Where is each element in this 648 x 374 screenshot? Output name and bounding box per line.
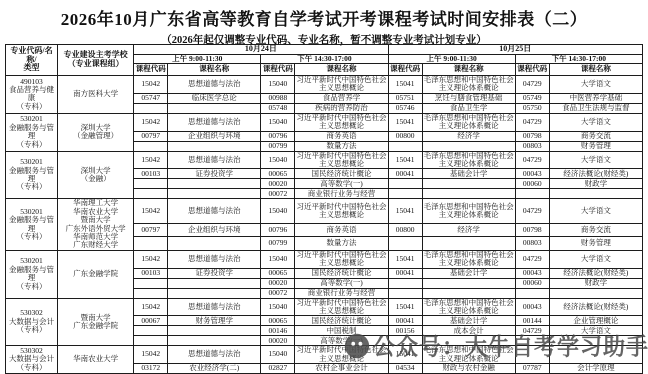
major-cell: 530201 金融服务与管理 （专科）: [6, 151, 58, 199]
course-name-cell: 思想道德与法治: [168, 298, 261, 316]
course-name-cell: [422, 189, 515, 199]
course-name-cell: [422, 179, 515, 189]
course-name-cell: [168, 179, 261, 189]
course-name-cell: 经济法概论(财经类): [549, 169, 642, 179]
course-code-cell: 00146: [261, 326, 295, 336]
course-name-cell: 思想道德与法治: [168, 76, 261, 94]
course-code-cell: 05746: [388, 103, 422, 113]
course-name-cell: 疾病的营养防治: [295, 103, 388, 113]
course-code-cell: 03172: [134, 364, 168, 374]
course-name-cell: 财政学: [549, 179, 642, 189]
course-name-cell: [168, 141, 261, 151]
course-name-cell: 经济学: [422, 131, 515, 141]
course-name-cell: 会计学原理: [549, 364, 642, 374]
course-name-cell: 国民经济统计概论: [295, 268, 388, 278]
course-name-cell: [168, 336, 261, 346]
course-code-cell: 15042: [134, 250, 168, 268]
course-code-cell: 00065: [261, 169, 295, 179]
course-code-cell: 00060: [515, 179, 549, 189]
course-code-cell: 15040: [261, 199, 295, 223]
course-code-cell: 00072: [261, 189, 295, 199]
course-code-cell: 00803: [515, 237, 549, 251]
course-code-cell: 15041: [388, 250, 422, 268]
schedule-body: 490103 食品营养与健康 （专科）南方医科大学15042思想道德与法治150…: [6, 76, 643, 374]
course-code-cell: 00800: [388, 223, 422, 237]
course-name-cell: 毛泽东思想和中国特色社会主义理论体系概论: [422, 199, 515, 223]
course-name-cell: 习近平新时代中国特色社会主义思想概论: [295, 113, 388, 131]
course-code-cell: [134, 336, 168, 346]
school-cell: 南方医科大学: [58, 76, 134, 114]
course-name-cell: 食品卫生法规与监督: [549, 103, 642, 113]
course-code-cell: 00072: [261, 288, 295, 298]
major-cell: 490103 食品营养与健康 （专科）: [6, 76, 58, 114]
course-code-cell: 00103: [134, 268, 168, 278]
session-header-oct24-am: 上午 9:00-11:30: [134, 54, 261, 63]
course-code-cell: [388, 141, 422, 151]
course-name-cell: 大学语文: [549, 151, 642, 169]
course-name-cell: 商务英语: [295, 223, 388, 237]
course-name-cell: 思想道德与法治: [168, 346, 261, 364]
course-name-cell: 食品卫生学: [422, 103, 515, 113]
course-name-cell: 商务交流: [549, 131, 642, 141]
course-code-cell: [134, 237, 168, 251]
course-name-cell: 财务管理: [549, 141, 642, 151]
course-code-cell: 00796: [261, 131, 295, 141]
course-name-cell: 国民经济统计概论: [295, 316, 388, 326]
course-code-cell: 15042: [134, 199, 168, 223]
course-code-cell: 15042: [134, 346, 168, 364]
course-code-cell: [388, 336, 422, 346]
course-code-cell: 02827: [261, 364, 295, 374]
course-code-cell: 00144: [515, 316, 549, 326]
course-code-cell: 15042: [134, 151, 168, 169]
major-cell: 530302 大数据与会计 （专科）: [6, 298, 58, 346]
name-header: 课程名称: [422, 64, 515, 76]
course-code-cell: 15042: [134, 76, 168, 94]
course-name-cell: 高等数学(一): [295, 179, 388, 189]
course-code-cell: [134, 141, 168, 151]
major-cell: 530201 金融服务与管理 （专科）: [6, 250, 58, 298]
course-name-cell: [549, 189, 642, 199]
course-code-cell: 15040: [261, 298, 295, 316]
table-row: 530302 大数据与会计 （专科）华南农业大学15042思想道德与法治1504…: [6, 346, 643, 364]
course-code-cell: 00041: [388, 316, 422, 326]
course-code-cell: 15040: [261, 76, 295, 94]
course-code-cell: 04729: [515, 199, 549, 223]
course-code-cell: 00065: [261, 316, 295, 326]
course-code-cell: 00796: [261, 223, 295, 237]
course-name-cell: [422, 141, 515, 151]
course-code-cell: 00041: [388, 268, 422, 278]
course-code-cell: [134, 278, 168, 288]
course-name-cell: 数量方法: [295, 237, 388, 251]
course-name-cell: 毛泽东思想和中国特色社会主义理论体系概论: [422, 346, 515, 364]
school-cell: 广东金融学院: [58, 250, 134, 298]
course-name-cell: 毛泽东思想和中国特色社会主义理论体系概论: [422, 250, 515, 268]
name-header: 课程名称: [549, 64, 642, 76]
code-header: 课程代码: [261, 64, 295, 76]
course-name-cell: 中国税制: [295, 326, 388, 336]
course-name-cell: 企业组织与环境: [168, 131, 261, 141]
course-name-cell: 中医营养学基础: [549, 93, 642, 103]
course-name-cell: 毛泽东思想和中国特色社会主义理论体系概论: [422, 113, 515, 131]
course-code-cell: 04729: [515, 250, 549, 268]
course-name-cell: 证券投资学: [168, 169, 261, 179]
course-code-cell: 00799: [261, 237, 295, 251]
code-header: 课程代码: [388, 64, 422, 76]
course-code-cell: [134, 103, 168, 113]
table-row: 530201 金融服务与管理 （专科）广东金融学院15042思想道德与法治150…: [6, 250, 643, 268]
course-name-cell: [422, 278, 515, 288]
course-name-cell: 财务管理学: [168, 316, 261, 326]
course-name-cell: 基础会计学: [422, 169, 515, 179]
course-name-cell: 财务管理: [549, 237, 642, 251]
course-code-cell: 15040: [261, 151, 295, 169]
course-name-cell: 大学语文: [549, 113, 642, 131]
course-code-cell: 00800: [388, 131, 422, 141]
course-code-cell: 00797: [134, 131, 168, 141]
course-name-cell: 习近平新时代中国特色社会主义思想概论: [295, 250, 388, 268]
course-name-cell: 证券投资学: [168, 268, 261, 278]
course-name-cell: 经济学: [422, 223, 515, 237]
course-code-cell: 04729: [515, 113, 549, 131]
course-name-cell: [422, 336, 515, 346]
course-code-cell: [388, 278, 422, 288]
course-code-cell: 00988: [261, 93, 295, 103]
course-name-cell: 商业银行业务与经营: [295, 189, 388, 199]
course-name-cell: 思想道德与法治: [168, 250, 261, 268]
course-code-cell: 15042: [134, 113, 168, 131]
course-code-cell: 00060: [515, 278, 549, 288]
course-code-cell: 00043: [515, 298, 549, 316]
session-header-oct24-pm: 下午 14:30-17:00: [261, 54, 388, 63]
course-code-cell: [134, 326, 168, 336]
major-cell: 530201 金融服务与管理 （专科）: [6, 199, 58, 250]
school-cell: 华南理工大学 华南农业大学 暨南大学 广东外语外贸大学 华南师范大学 广东财经大…: [58, 199, 134, 250]
major-cell: 530302 大数据与会计 （专科）: [6, 346, 58, 374]
course-name-cell: 大学语文: [549, 326, 642, 336]
course-name-cell: 经济法概论(财经类): [549, 268, 642, 278]
course-name-cell: 思想道德与法治: [168, 151, 261, 169]
course-name-cell: [549, 288, 642, 298]
course-name-cell: 烹饪与膳食管理基础: [422, 93, 515, 103]
code-header: 课程代码: [134, 64, 168, 76]
course-code-cell: 04729: [515, 326, 549, 336]
course-name-cell: [549, 336, 642, 346]
course-name-cell: 毛泽东思想和中国特色社会主义理论体系概论: [422, 298, 515, 316]
course-name-cell: 商业银行业务与经营: [295, 288, 388, 298]
page-title: 2026年10月广东省高等教育自学考试开考课程考试时间安排表（二）: [0, 0, 648, 30]
course-name-cell: 基础会计学: [422, 316, 515, 326]
course-code-cell: [134, 179, 168, 189]
course-name-cell: [422, 288, 515, 298]
course-name-cell: 商务交流: [549, 223, 642, 237]
school-cell: 华南农业大学: [58, 346, 134, 374]
course-code-cell: 00020: [261, 278, 295, 288]
school-cell: 暨南大学 广东金融学院: [58, 298, 134, 346]
course-name-cell: 思想道德与法治: [168, 113, 261, 131]
date-header-oct25: 10月25日: [388, 45, 642, 55]
code-header: 课程代码: [515, 64, 549, 76]
course-code-cell: 00799: [261, 141, 295, 151]
course-code-cell: 00065: [261, 268, 295, 278]
course-name-cell: [168, 103, 261, 113]
course-name-cell: [168, 189, 261, 199]
page: 2026年10月广东省高等教育自学考试开考课程考试时间安排表（二） （2026年…: [0, 0, 648, 374]
course-name-cell: 农业经济学(二): [168, 364, 261, 374]
course-code-cell: 15040: [261, 250, 295, 268]
course-code-cell: [515, 336, 549, 346]
course-name-cell: 经济法概论(财经类): [549, 298, 642, 316]
course-name-cell: 习近平新时代中国特色社会主义思想概论: [295, 199, 388, 223]
session-header-oct25-pm: 下午 14:30-17:00: [515, 54, 642, 63]
course-name-cell: [168, 288, 261, 298]
course-code-cell: 00020: [261, 179, 295, 189]
table-row: 530201 金融服务与管理 （专科）深圳大学 （金融管理）15042思想道德与…: [6, 113, 643, 131]
table-row: 490103 食品营养与健康 （专科）南方医科大学15042思想道德与法治150…: [6, 76, 643, 94]
course-name-cell: [549, 346, 642, 364]
course-code-cell: 00103: [134, 169, 168, 179]
course-code-cell: [388, 237, 422, 251]
course-name-cell: 农村企事业会计: [295, 364, 388, 374]
course-code-cell: 15040: [261, 113, 295, 131]
course-code-cell: 05748: [261, 103, 295, 113]
course-code-cell: 15041: [388, 76, 422, 94]
course-code-cell: 15040: [261, 346, 295, 364]
course-name-cell: 毛泽东思想和中国特色社会主义理论体系概论: [422, 151, 515, 169]
course-code-cell: 05747: [134, 93, 168, 103]
course-code-cell: [388, 179, 422, 189]
course-code-cell: 15041: [388, 298, 422, 316]
course-code-cell: 00043: [515, 169, 549, 179]
course-name-cell: 高等数学(一): [295, 278, 388, 288]
course-code-cell: 00067: [134, 316, 168, 326]
course-name-cell: 商务英语: [295, 131, 388, 141]
exam-schedule-table: 专业代码/名称/ 类型 专业建设主考学校 （专业课程组） 10月24日 10月2…: [5, 44, 643, 374]
course-name-cell: 习近平新时代中国特色社会主义思想概论: [295, 346, 388, 364]
course-name-cell: 财政学: [549, 278, 642, 288]
course-code-cell: 00156: [388, 326, 422, 336]
major-cell: 530201 金融服务与管理 （专科）: [6, 113, 58, 151]
course-code-cell: 04534: [388, 364, 422, 374]
course-code-cell: 00798: [515, 131, 549, 141]
course-code-cell: 15041: [388, 151, 422, 169]
course-name-cell: 大学语文: [549, 250, 642, 268]
course-name-cell: 企业管理概论: [549, 316, 642, 326]
course-code-cell: 00798: [515, 223, 549, 237]
course-name-cell: 思想道德与法治: [168, 199, 261, 223]
header-row-dates: 专业代码/名称/ 类型 专业建设主考学校 （专业课程组） 10月24日 10月2…: [6, 45, 643, 55]
table-row: 530302 大数据与会计 （专科）暨南大学 广东金融学院15042思想道德与法…: [6, 298, 643, 316]
name-header: 课程名称: [295, 64, 388, 76]
course-code-cell: [388, 189, 422, 199]
course-code-cell: 15041: [388, 346, 422, 364]
course-code-cell: 04729: [515, 151, 549, 169]
course-name-cell: 大学语文: [549, 76, 642, 94]
school-cell: 深圳大学 （金融管理）: [58, 113, 134, 151]
school-column-header: 专业建设主考学校 （专业课程组）: [58, 45, 134, 76]
course-name-cell: 习近平新时代中国特色社会主义思想概论: [295, 298, 388, 316]
course-name-cell: 数量方法: [295, 141, 388, 151]
course-code-cell: 00797: [134, 223, 168, 237]
course-code-cell: [515, 288, 549, 298]
course-name-cell: [168, 326, 261, 336]
course-code-cell: [134, 189, 168, 199]
course-name-cell: [168, 237, 261, 251]
course-name-cell: [168, 278, 261, 288]
course-code-cell: 05751: [388, 93, 422, 103]
major-column-header: 专业代码/名称/ 类型: [6, 45, 58, 76]
course-name-cell: [422, 237, 515, 251]
course-code-cell: 04729: [515, 76, 549, 94]
table-row: 530201 金融服务与管理 （专科）华南理工大学 华南农业大学 暨南大学 广东…: [6, 199, 643, 223]
course-code-cell: 15041: [388, 199, 422, 223]
course-code-cell: 07787: [515, 364, 549, 374]
date-header-oct24: 10月24日: [134, 45, 388, 55]
course-code-cell: 00043: [515, 268, 549, 278]
course-name-cell: 习近平新时代中国特色社会主义思想概论: [295, 151, 388, 169]
session-header-oct25-am: 上午 9:00-11:30: [388, 54, 515, 63]
name-header: 课程名称: [168, 64, 261, 76]
course-code-cell: [134, 288, 168, 298]
table-row: 530201 金融服务与管理 （专科）深圳大学 （金融）15042思想道德与法治…: [6, 151, 643, 169]
course-code-cell: [388, 288, 422, 298]
course-name-cell: 习近平新时代中国特色社会主义思想概论: [295, 76, 388, 94]
course-code-cell: 15042: [134, 298, 168, 316]
school-cell: 深圳大学 （金融）: [58, 151, 134, 199]
course-name-cell: 大学语文: [549, 199, 642, 223]
course-name-cell: 财政与农村金融: [422, 364, 515, 374]
course-code-cell: 05750: [515, 103, 549, 113]
course-name-cell: 国民经济统计概论: [295, 169, 388, 179]
course-code-cell: 15041: [388, 113, 422, 131]
course-code-cell: [515, 346, 549, 364]
course-name-cell: 毛泽东思想和中国特色社会主义理论体系概论: [422, 76, 515, 94]
course-name-cell: 企业组织与环境: [168, 223, 261, 237]
course-name-cell: 高等数学(一): [295, 336, 388, 346]
course-code-cell: 00803: [515, 141, 549, 151]
course-code-cell: 05749: [515, 93, 549, 103]
course-code-cell: 00020: [261, 336, 295, 346]
course-name-cell: 基础会计学: [422, 268, 515, 278]
course-name-cell: 成本会计: [422, 326, 515, 336]
course-name-cell: 临床医学总论: [168, 93, 261, 103]
course-code-cell: 00041: [388, 169, 422, 179]
course-code-cell: [515, 189, 549, 199]
course-name-cell: 食品营养学: [295, 93, 388, 103]
